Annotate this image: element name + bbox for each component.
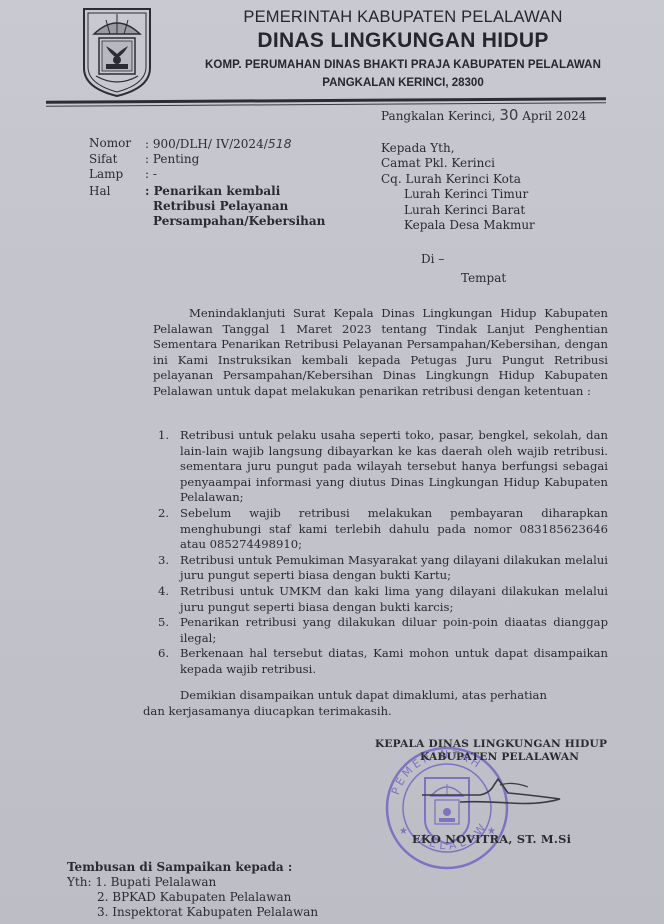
di-label: Di – xyxy=(381,252,586,268)
letter-page: PEMERINTAH KABUPATEN PELALAWAN DINAS LIN… xyxy=(0,0,664,924)
recipient-2: Cq. Lurah Kerinci Kota xyxy=(381,172,586,188)
provisions-list: 1.Retribusi untuk pelaku usaha seperti t… xyxy=(158,428,608,678)
cc-item-2: 2. BPKAD Kabupaten Pelalawan xyxy=(67,890,318,905)
letter-meta: Nomor : 900/DLH/ IV/2024/518 Sifat : Pen… xyxy=(89,136,325,229)
sifat-value: : Penting xyxy=(145,152,199,167)
recipient-1: Camat Pkl. Kerinci xyxy=(381,156,586,172)
item-text: Berkenaan hal tersebut diatas, Kami moho… xyxy=(180,646,608,677)
date-day-handwritten: 30 xyxy=(499,106,518,124)
kepada-yth: Kepada Yth, xyxy=(381,141,586,157)
item-text: Retribusi untuk Pemukiman Masyarakat yan… xyxy=(180,553,608,584)
list-item: 1.Retribusi untuk pelaku usaha seperti t… xyxy=(158,428,608,506)
item-text: Sebelum wajib retribusi melakukan pembay… xyxy=(180,506,608,553)
signature-block: KEPALA DINAS LINGKUNGAN HIDUP KABUPATEN … xyxy=(370,738,660,763)
svg-text:★: ★ xyxy=(399,826,408,837)
cc-item-text: 1. Bupati Pelalawan xyxy=(95,875,216,889)
list-item: 2.Sebelum wajib retribusi melakukan pemb… xyxy=(158,506,608,553)
nomor-label: Nomor xyxy=(89,136,145,152)
item-number: 3. xyxy=(158,553,180,584)
cc-item-1: Yth: 1. Bupati Pelalawan xyxy=(67,875,318,890)
nomor-printed: : 900/DLH/ IV/2024/ xyxy=(145,137,268,151)
intro-paragraph: Menindaklanjuti Surat Kepala Dinas Lingk… xyxy=(153,306,608,400)
list-item: 6.Berkenaan hal tersebut diatas, Kami mo… xyxy=(158,646,608,677)
cc-yth: Yth: xyxy=(67,875,92,889)
hal-label: Hal xyxy=(89,184,145,229)
letterhead: PEMERINTAH KABUPATEN PELALAWAN DINAS LIN… xyxy=(168,6,638,89)
recipient-5: Kepala Desa Makmur xyxy=(381,218,586,234)
recipient-block: Pangkalan Kerinci, 30 April 2024 Kepada … xyxy=(381,108,586,287)
letter-intro: Menindaklanjuti Surat Kepala Dinas Lingk… xyxy=(153,306,608,400)
list-item: 3.Retribusi untuk Pemukiman Masyarakat y… xyxy=(158,553,608,584)
cc-item-3: 3. Inspektorat Kabupaten Pelalawan xyxy=(67,905,318,920)
nomor-handwritten: 518 xyxy=(268,136,292,151)
closing-paragraph: Demikian disampaikan untuk dapat dimaklu… xyxy=(143,688,603,719)
carbon-copy-block: Tembusan di Sampaikan kepada : Yth: 1. B… xyxy=(67,860,318,920)
cc-heading: Tembusan di Sampaikan kepada : xyxy=(67,860,318,875)
signatory-title-2: KABUPATEN PELALAWAN xyxy=(420,751,660,763)
item-text: Retribusi untuk pelaku usaha seperti tok… xyxy=(180,428,608,506)
lamp-value: : - xyxy=(145,167,157,182)
item-text: Retribusi untuk UMKM dan kaki lima yang … xyxy=(180,584,608,615)
closing-line-2: dan kerjasamanya diucapkan terimakasih. xyxy=(143,704,603,720)
recipient-4: Lurah Kerinci Barat xyxy=(381,203,586,219)
letterhead-address: KOMP. PERUMAHAN DINAS BHAKTI PRAJA KABUP… xyxy=(168,59,638,71)
sifat-label: Sifat xyxy=(89,152,145,167)
letter-date: Pangkalan Kerinci, 30 April 2024 xyxy=(381,108,586,125)
date-month-year: April 2024 xyxy=(522,109,586,123)
closing-line-1: Demikian disampaikan untuk dapat dimaklu… xyxy=(143,688,603,704)
lamp-label: Lamp xyxy=(89,167,145,182)
signatory-title-1: KEPALA DINAS LINGKUNGAN HIDUP xyxy=(375,738,660,750)
pelalawan-crest-icon xyxy=(80,6,154,98)
item-number: 4. xyxy=(158,584,180,615)
item-number: 1. xyxy=(158,428,180,506)
item-text: Penarikan retribusi yang dilakukan dilua… xyxy=(180,615,608,646)
item-number: 6. xyxy=(158,646,180,677)
hal-line-1: : Penarikan kembali xyxy=(145,184,325,199)
letterhead-city: PANGKALAN KERINCI, 28300 xyxy=(168,77,638,89)
signature-scribble-icon xyxy=(420,775,570,815)
hal-line-2: Retribusi Pelayanan xyxy=(145,199,325,214)
item-number: 5. xyxy=(158,615,180,646)
recipient-3: Lurah Kerinci Timur xyxy=(381,187,586,203)
list-item: 5.Penarikan retribusi yang dilakukan dil… xyxy=(158,615,608,646)
tempat-label: Tempat xyxy=(381,271,586,287)
nomor-value: : 900/DLH/ IV/2024/518 xyxy=(145,136,292,152)
date-place: Pangkalan Kerinci, xyxy=(381,109,495,123)
list-item: 4.Retribusi untuk UMKM dan kaki lima yan… xyxy=(158,584,608,615)
signatory-name: EKO NOVITRA, ST. M.Si xyxy=(412,832,571,846)
hal-line-3: Persampahan/Kebersihan xyxy=(145,214,325,229)
letterhead-government: PEMERINTAH KABUPATEN PELALAWAN xyxy=(168,8,638,27)
item-number: 2. xyxy=(158,506,180,553)
letterhead-agency: DINAS LINGKUNGAN HIDUP xyxy=(168,29,638,53)
